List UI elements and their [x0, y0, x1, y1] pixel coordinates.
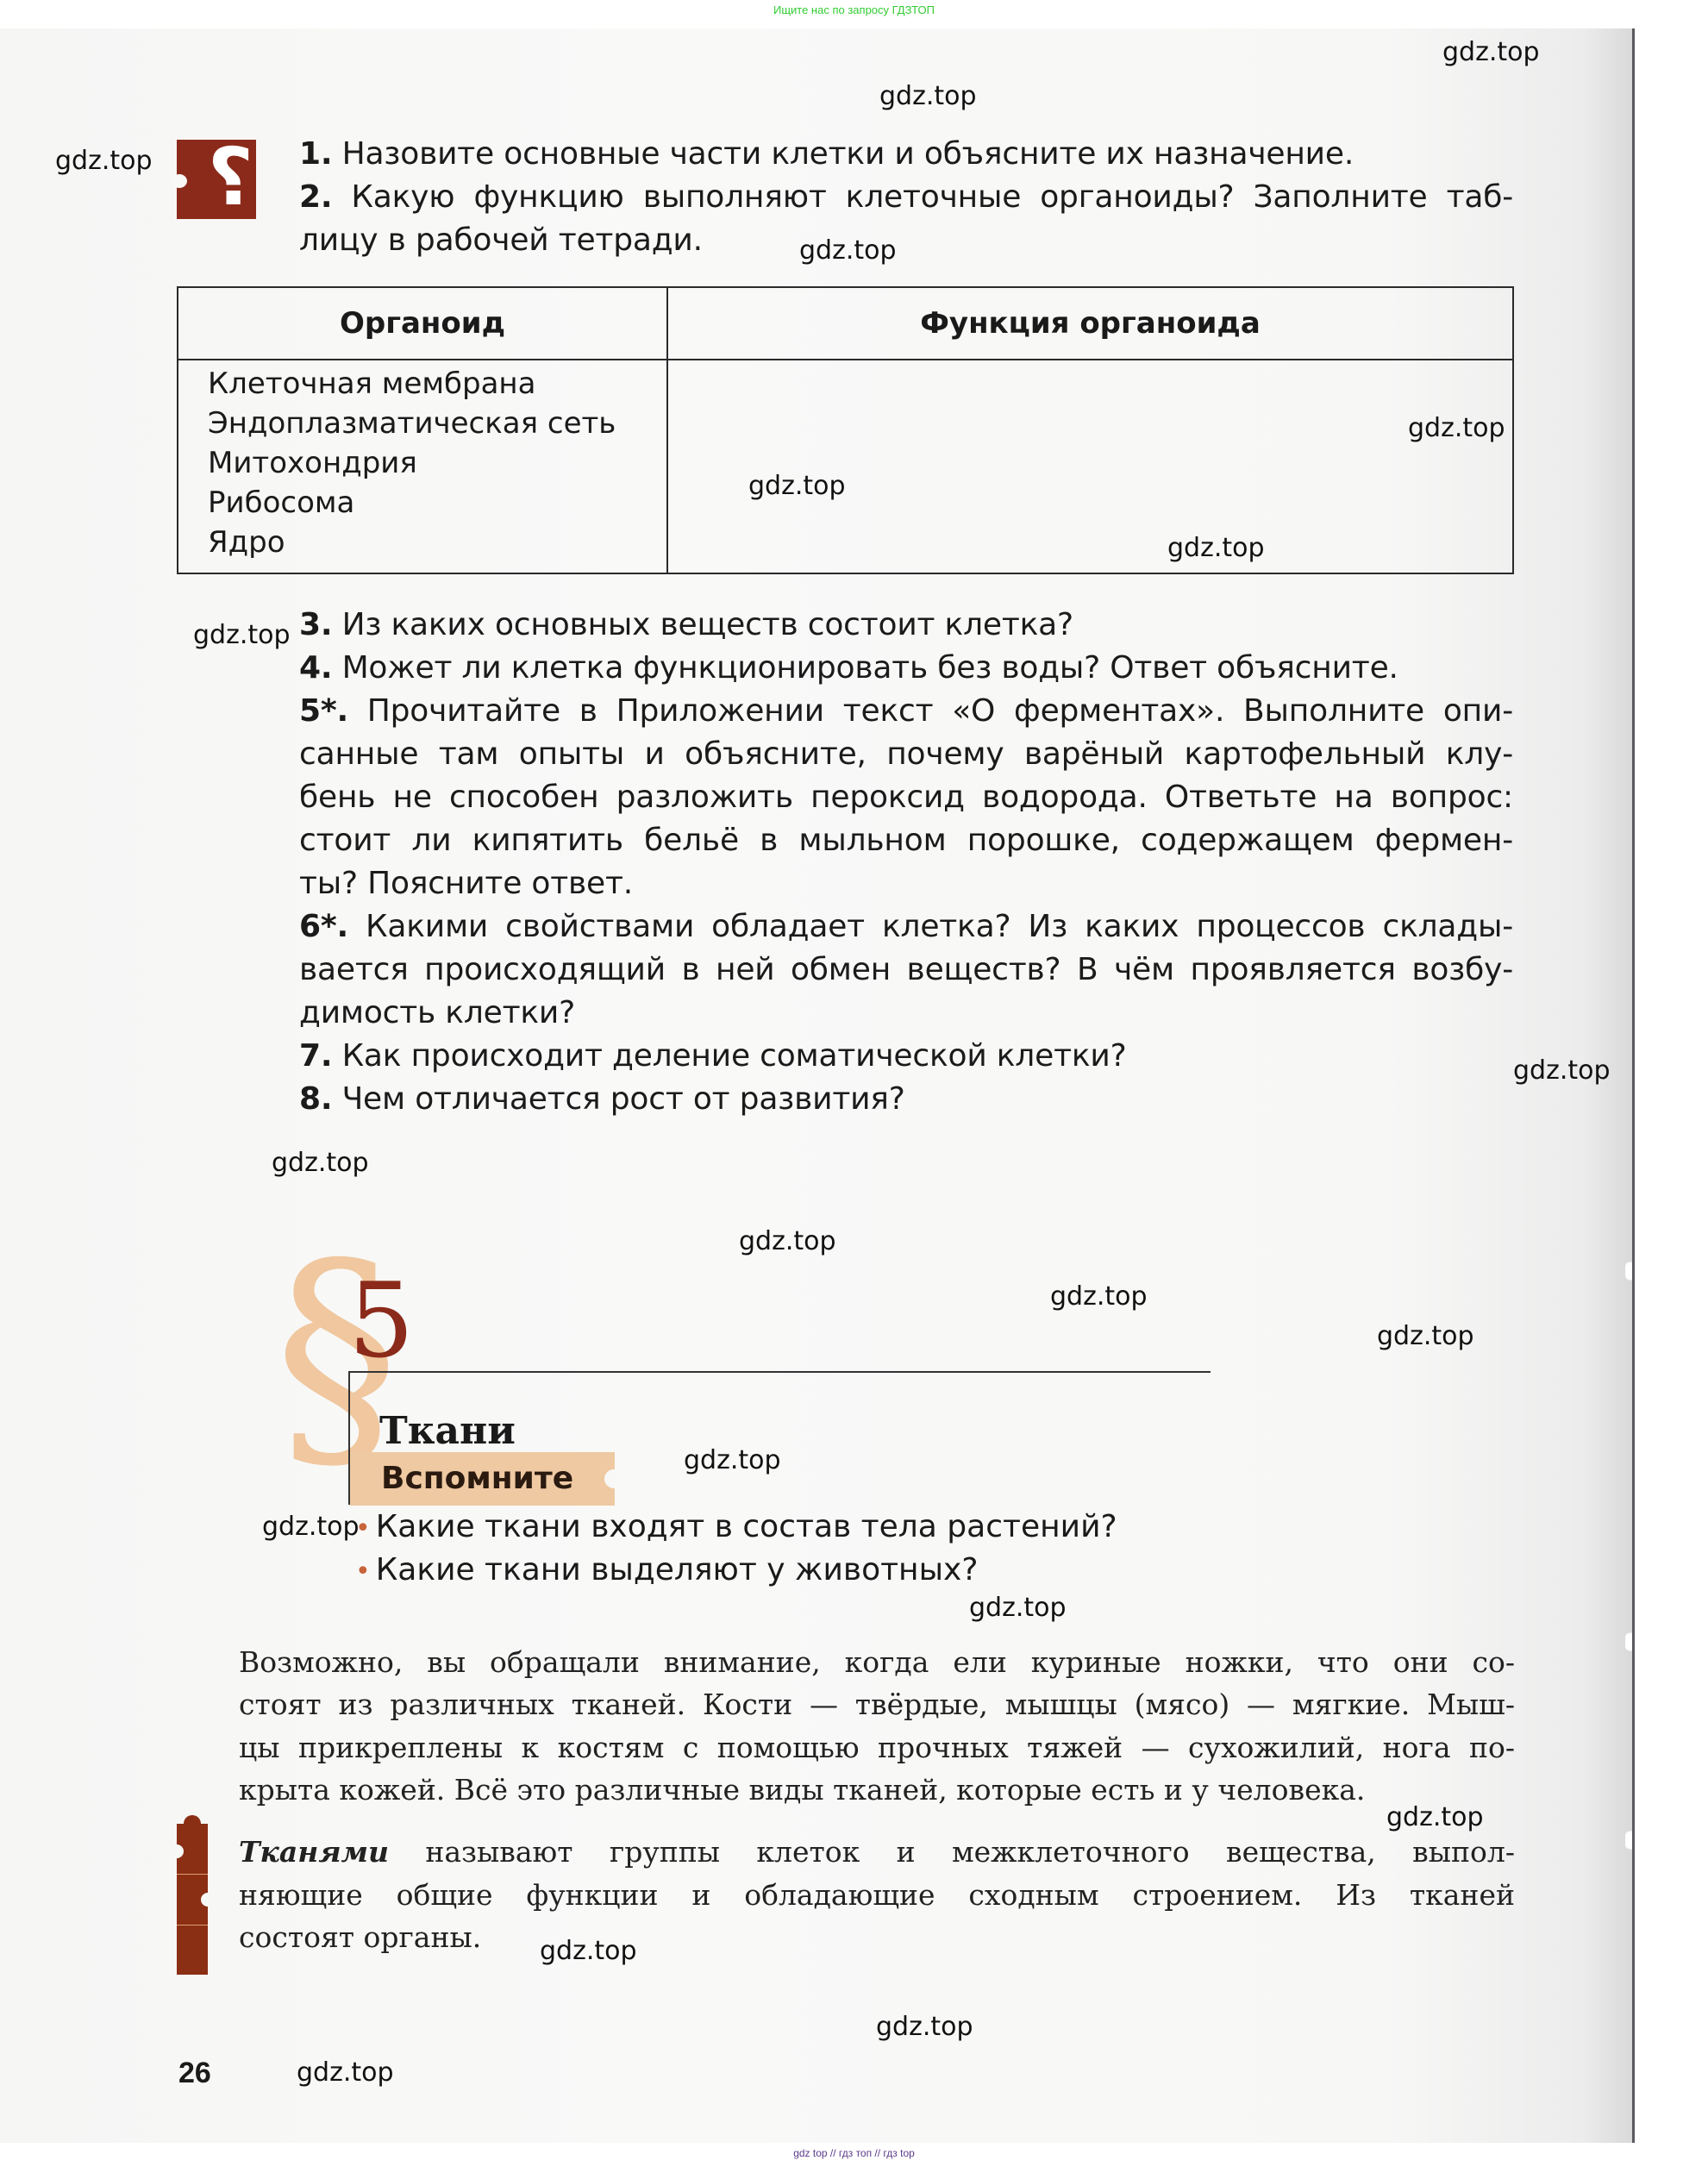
organelle-item: Эндоплазматическая сеть [208, 404, 666, 443]
watermark: gdz.top [272, 1149, 369, 1178]
question-6-cont: вается происходящий в ней обмен веществ?… [299, 949, 1513, 992]
body-text-line: крыта кожей. Всё это различные виды ткан… [239, 1769, 1515, 1812]
recall-item: •Какие ткани выделяют у животных? [355, 1549, 978, 1594]
watermark: gdz.top [1050, 1282, 1148, 1312]
function-cell [667, 360, 1513, 573]
page-edge-notch [1625, 1632, 1635, 1651]
search-banner: Ищите нас по запросу ГДЗТОП [0, 3, 1708, 16]
question-5-cont: ты? Поясните ответ. [299, 862, 633, 905]
heading-rule [348, 1371, 1211, 1373]
footer-links: gdz top // гдз топ // гдз top [0, 2147, 1708, 2159]
question-2-cont: лицу в рабочей тетради. [299, 219, 703, 262]
watermark: gdz.top [739, 1227, 836, 1256]
page-number: 26 [178, 2057, 211, 2090]
organelle-item: Ядро [208, 523, 666, 562]
body-text-line: Возможно, вы обращали внимание, когда ел… [239, 1641, 1515, 1684]
watermark: gdz.top [1408, 414, 1505, 443]
table-row: Клеточная мембрана Эндоплазматическая се… [178, 360, 1513, 573]
section-title: Ткани [379, 1410, 516, 1453]
watermark: gdz.top [1167, 534, 1265, 563]
organelle-item: Клеточная мембрана [208, 364, 666, 404]
recall-item: •Какие ткани входят в состав тела растен… [355, 1506, 1117, 1550]
page-edge-notch [1625, 1831, 1635, 1850]
definition-bookmark-icon [177, 1824, 208, 1975]
watermark: gdz.top [684, 1446, 781, 1475]
recall-label-box: Вспомните [350, 1452, 615, 1506]
watermark: gdz.top [969, 1594, 1067, 1623]
definition-line: состоят органы. [239, 1916, 1515, 1959]
watermark: gdz.top [55, 147, 153, 176]
organelle-item: Рибосома [208, 483, 666, 523]
question-puzzle-icon: ? [177, 140, 256, 219]
body-text-line: стоят из различных тканей. Кости — твёрд… [239, 1683, 1515, 1726]
watermark: gdz.top [540, 1937, 637, 1966]
question-5-cont: санные там опыты и объясните, почему вар… [299, 733, 1513, 776]
watermark: gdz.top [879, 82, 977, 111]
question-6-cont: димость клетки? [299, 992, 575, 1035]
watermark: gdz.top [193, 621, 291, 650]
question-3: 3. Из каких основных веществ состоит кле… [299, 604, 1073, 647]
textbook-page: ? 1. Назовите основные части клетки и об… [0, 28, 1635, 2143]
watermark: gdz.top [297, 2058, 394, 2088]
watermark: gdz.top [799, 236, 897, 266]
definition-line: Тканями называют группы клеток и межклет… [239, 1831, 1515, 1874]
question-7: 7. Как происходит деление соматической к… [299, 1035, 1126, 1078]
question-1: 1. Назовите основные части клетки и объя… [299, 133, 1354, 176]
watermark: gdz.top [1513, 1056, 1611, 1086]
question-4: 4. Может ли клетка функционировать без в… [299, 647, 1398, 690]
watermark: gdz.top [1377, 1322, 1474, 1351]
question-8: 8. Чем отличается рост от развития? [299, 1078, 905, 1121]
watermark: gdz.top [1442, 38, 1540, 67]
question-6: 6*. Какими свойствами обладает клетка? И… [299, 905, 1513, 949]
recall-label: Вспомните [381, 1458, 573, 1500]
organelle-item: Митохондрия [208, 443, 666, 483]
question-5: 5*. Прочитайте в Приложении текст «О фер… [299, 690, 1513, 733]
organelle-table: Органоид Функция органоида Клеточная мем… [177, 286, 1514, 574]
watermark: gdz.top [1386, 1803, 1484, 1832]
watermark: gdz.top [748, 472, 846, 501]
question-2: 2. Какую функцию выполняют клеточные орг… [299, 176, 1513, 219]
question-5-cont: бень не способен разложить пероксид водо… [299, 776, 1513, 819]
section-number: 5 [348, 1270, 414, 1374]
table-header-row: Органоид Функция органоида [178, 287, 1513, 360]
header-organelle: Органоид [178, 287, 667, 360]
watermark: gdz.top [262, 1512, 360, 1542]
definition-term: Тканями [239, 1835, 389, 1869]
watermark: gdz.top [876, 2013, 973, 2042]
question-5-cont: стоит ли кипятить бельё в мыльном порошк… [299, 819, 1513, 862]
bullet-icon: • [355, 1556, 371, 1587]
page-edge-notch [1625, 1262, 1635, 1281]
definition-line: няющие общие функции и обладающие сходны… [239, 1874, 1515, 1917]
body-text-line: цы прикреплены к костям с помощью прочны… [239, 1726, 1515, 1769]
organelle-list: Клеточная мембрана Эндоплазматическая се… [178, 360, 667, 573]
header-function: Функция органоида [667, 287, 1513, 360]
